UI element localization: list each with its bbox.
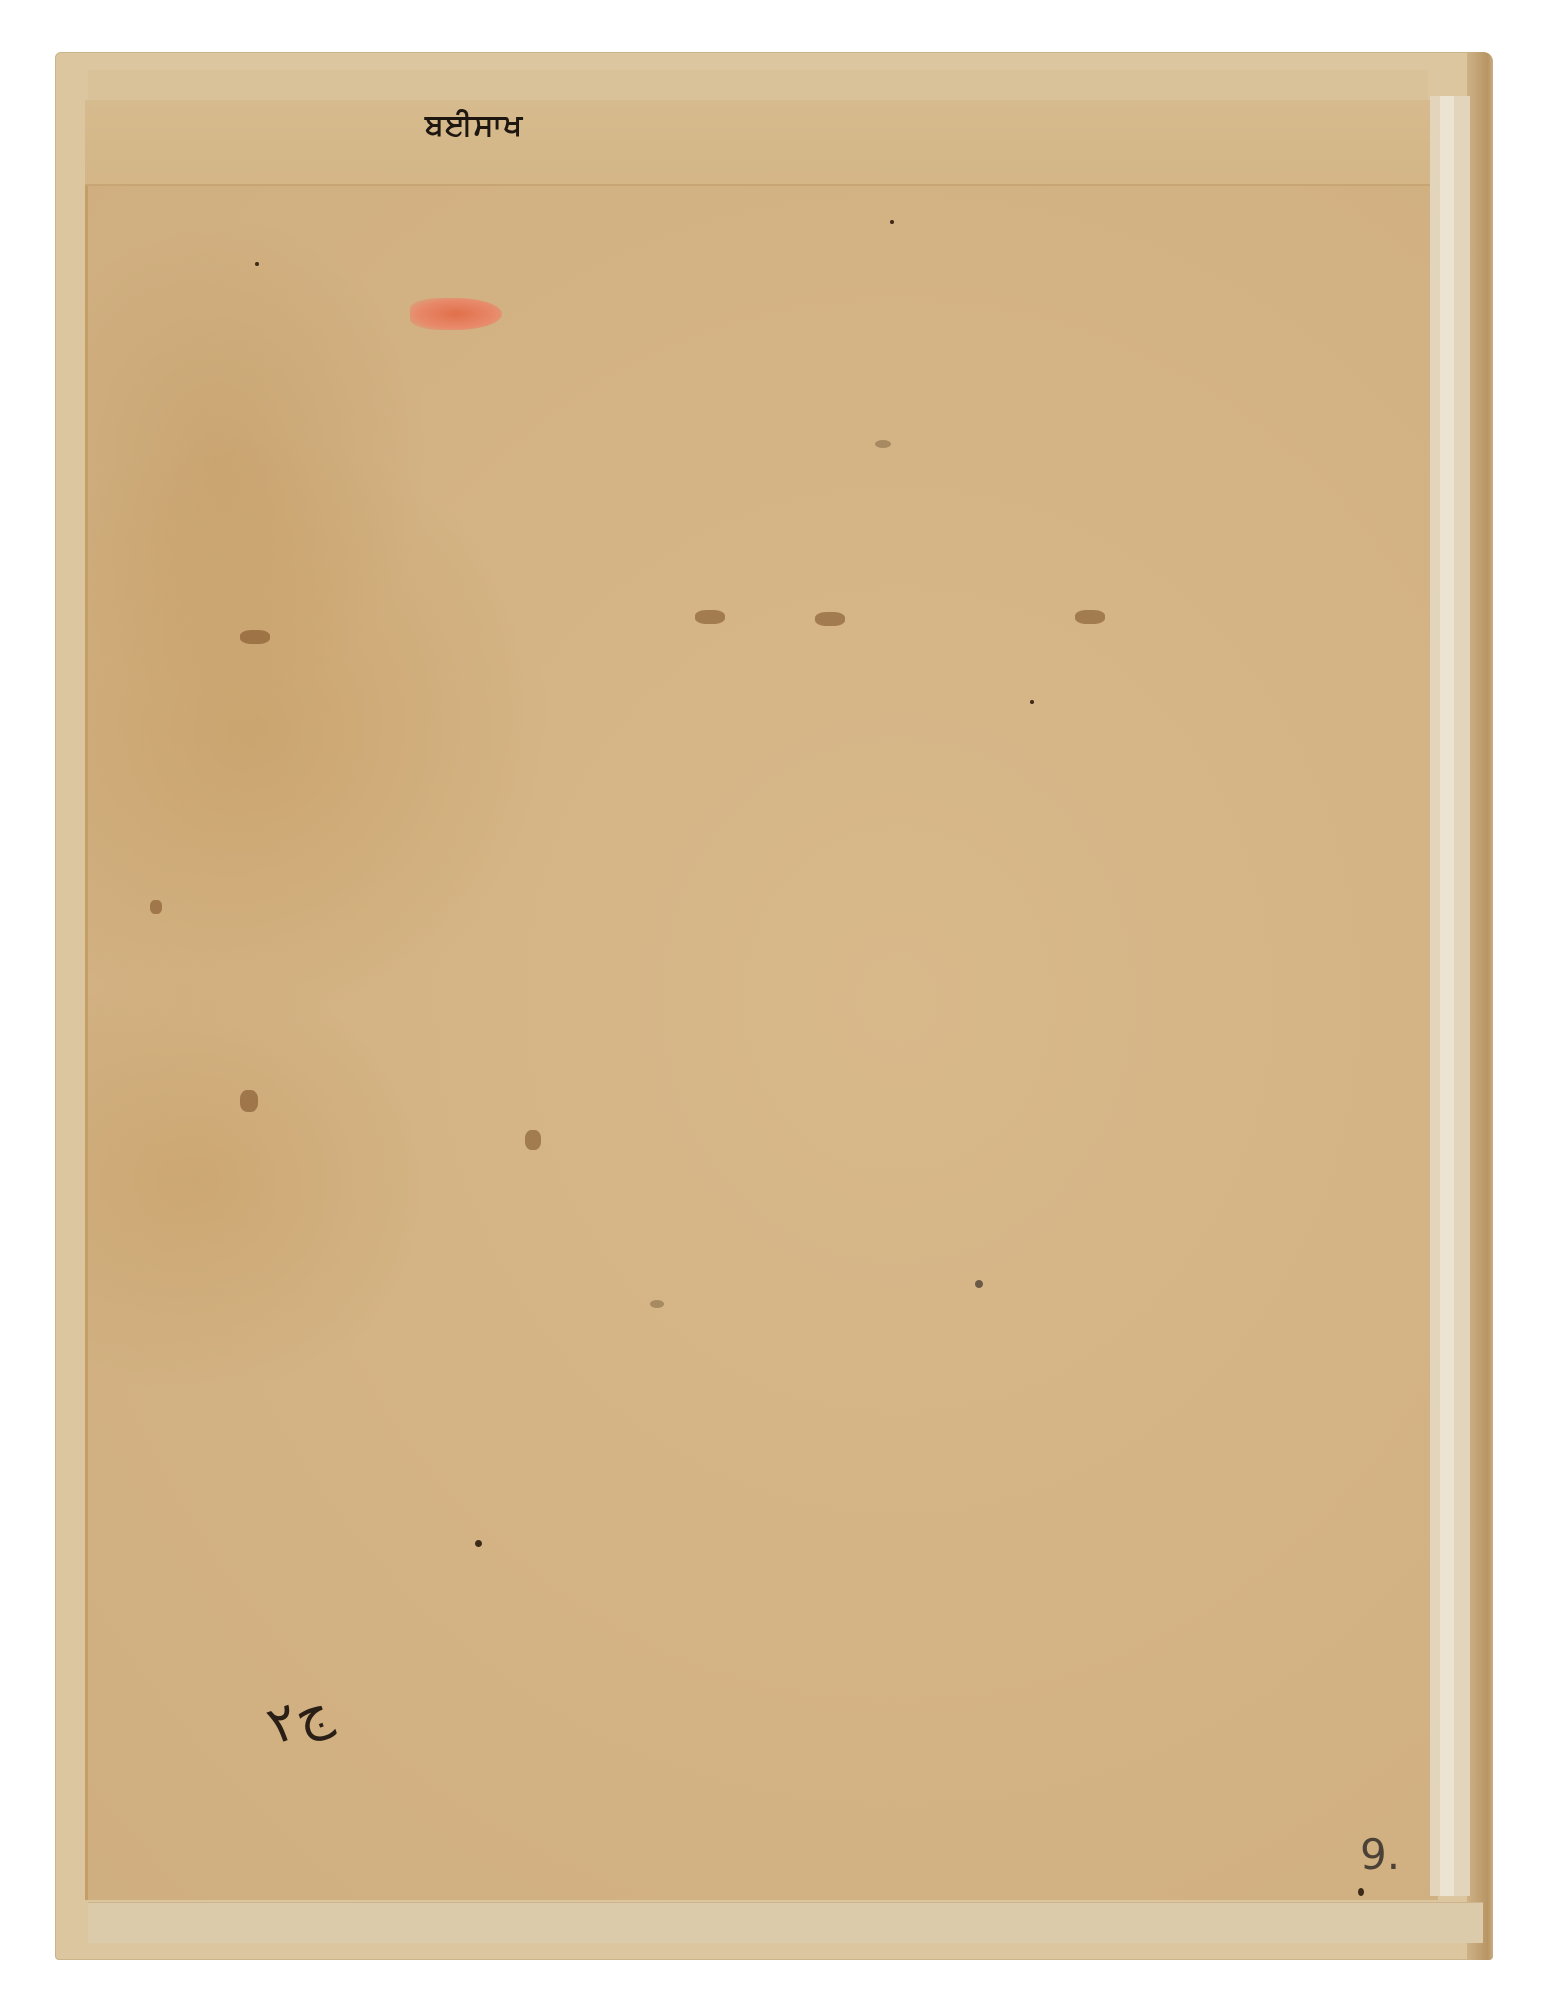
top-hinge-tape bbox=[88, 70, 1428, 100]
right-tape-highlight bbox=[1440, 96, 1454, 1896]
pencil-number: 9. bbox=[1360, 1830, 1400, 1879]
speck bbox=[975, 1280, 983, 1288]
speck bbox=[650, 1300, 664, 1308]
paper-sheet bbox=[85, 100, 1438, 1900]
bottom-hinge-tape bbox=[88, 1902, 1483, 1943]
mount-edge bbox=[1467, 52, 1493, 1960]
foxing-mark bbox=[240, 630, 270, 644]
foxing-mark bbox=[695, 610, 725, 624]
foxing-mark bbox=[240, 1090, 258, 1112]
speck bbox=[1030, 700, 1034, 704]
red-pigment-stain bbox=[410, 298, 502, 330]
paper-top-fold bbox=[85, 100, 1435, 186]
gurmukhi-inscription: ਬਈਸਾਖ bbox=[425, 108, 523, 143]
foxing-mark bbox=[150, 900, 162, 914]
foxing-mark bbox=[525, 1130, 541, 1150]
foxing-mark bbox=[1075, 610, 1105, 624]
speck bbox=[475, 1540, 482, 1547]
speck bbox=[1358, 1888, 1364, 1896]
speck bbox=[890, 220, 894, 224]
speck bbox=[875, 440, 891, 448]
foxing-mark bbox=[815, 612, 845, 626]
speck bbox=[255, 262, 259, 266]
